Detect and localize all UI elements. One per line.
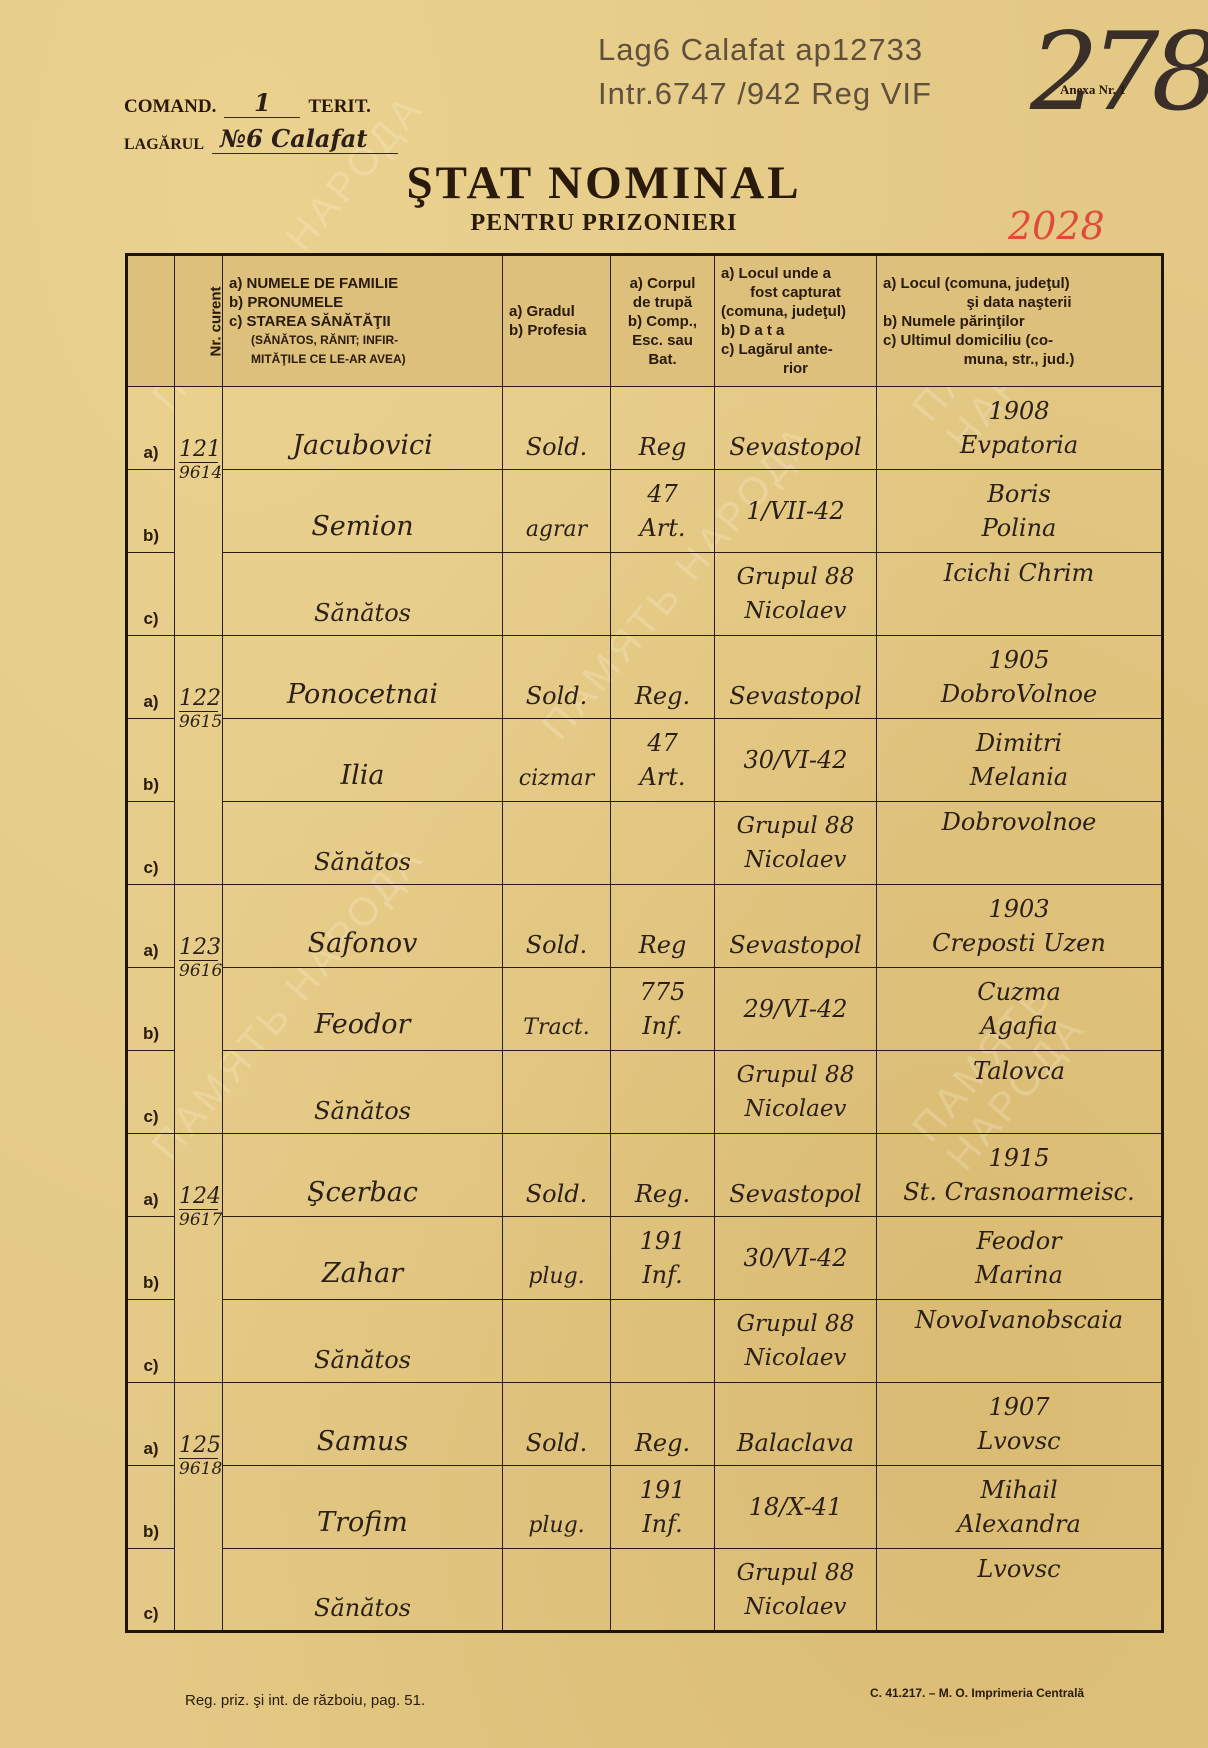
health-status: Sănătos [223, 1051, 503, 1134]
birth-year-place: 1908Evpatoria [877, 387, 1163, 470]
folio-number: 278 [1030, 10, 1208, 135]
unit-regiment: Reg [611, 387, 715, 470]
profession: Tract. [503, 968, 611, 1051]
anexa-label: Anexa Nr. 1 [1060, 82, 1126, 98]
header-capture: a) Locul unde afost capturat(comuna, jud… [715, 255, 877, 387]
unit-number: 47Art. [611, 470, 715, 553]
prisoner-register-table: Nr. curent a) NUMELE DE FAMILIEb) PRONUM… [125, 253, 1164, 1633]
empty-cell [503, 1549, 611, 1632]
previous-camp: Grupul 88Nicolaev [715, 1300, 877, 1383]
table-row: a)1219614JacuboviciSold.RegSevastopol190… [127, 387, 1163, 470]
surname: Ponocetnai [223, 636, 503, 719]
capture-date: 29/VI-42 [715, 968, 877, 1051]
row-label: a) [127, 1383, 175, 1466]
parents: CuzmaAgafia [877, 968, 1163, 1051]
parents: MihailAlexandra [877, 1466, 1163, 1549]
document-title: ŞTAT NOMINAL PENTRU PRIZONIERI [0, 156, 1208, 237]
row-label: b) [127, 1217, 175, 1300]
last-domicile: Talovca [877, 1051, 1163, 1134]
unit-number: 775Inf. [611, 968, 715, 1051]
header-name: a) NUMELE DE FAMILIEb) PRONUMELEc) STARE… [223, 255, 503, 387]
first-name: Zahar [223, 1217, 503, 1300]
lagarul-label: LAGĂRUL [124, 136, 204, 154]
entry-number: 1239616 [175, 885, 223, 1134]
parents: BorisPolina [877, 470, 1163, 553]
row-label: b) [127, 719, 175, 802]
empty-cell [611, 553, 715, 636]
entry-number: 1259618 [175, 1383, 223, 1632]
row-label: c) [127, 1300, 175, 1383]
last-domicile: Lvovsc [877, 1549, 1163, 1632]
unit-number: 47Art. [611, 719, 715, 802]
footer-reference: Reg. priz. şi int. de războiu, pag. 51. [185, 1692, 425, 1709]
unit-number: 191Inf. [611, 1466, 715, 1549]
surname: Jacubovici [223, 387, 503, 470]
previous-camp: Grupul 88Nicolaev [715, 1051, 877, 1134]
rank: Sold. [503, 1383, 611, 1466]
table-row: c)SănătosGrupul 88NicolaevIcichi Chrim [127, 553, 1163, 636]
capture-date: 30/VI-42 [715, 1217, 877, 1300]
capture-date: 30/VI-42 [715, 719, 877, 802]
first-name: Semion [223, 470, 503, 553]
table-row: a)1259618SamusSold.Reg.Balaclava1907Lvov… [127, 1383, 1163, 1466]
page-title: ŞTAT NOMINAL [0, 156, 1208, 210]
surname: Şcerbac [223, 1134, 503, 1217]
capture-date: 1/VII-42 [715, 470, 877, 553]
capture-place: Balaclava [715, 1383, 877, 1466]
page-subtitle: PENTRU PRIZONIERI [0, 210, 1208, 237]
health-status: Sănătos [223, 1300, 503, 1383]
table-row: b)Semionagrar47Art.1/VII-42BorisPolina [127, 470, 1163, 553]
health-status: Sănătos [223, 802, 503, 885]
empty-cell [611, 1549, 715, 1632]
previous-camp: Grupul 88Nicolaev [715, 1549, 877, 1632]
row-label: a) [127, 636, 175, 719]
empty-cell [611, 1300, 715, 1383]
table-row: c)SănătosGrupul 88NicolaevNovoIvanobscai… [127, 1300, 1163, 1383]
row-label: c) [127, 553, 175, 636]
table-row: b)Zaharplug.191Inf.30/VI-42FeodorMarina [127, 1217, 1163, 1300]
table-row: c)SănătosGrupul 88NicolaevLvovsc [127, 1549, 1163, 1632]
surname: Samus [223, 1383, 503, 1466]
header-rank: a) Gradulb) Profesia [503, 255, 611, 387]
stamp-line-1: Lag6 Calafat ap12733 [598, 28, 932, 72]
health-status: Sănătos [223, 553, 503, 636]
comand-value: 1 [224, 88, 300, 118]
capture-place: Sevastopol [715, 1134, 877, 1217]
lagarul-value: №6 Calafat [212, 124, 398, 154]
row-label: b) [127, 1466, 175, 1549]
entry-number: 1229615 [175, 636, 223, 885]
rank: Sold. [503, 387, 611, 470]
header-birth: a) Locul (comuna, judeţul)şi data naşter… [877, 255, 1163, 387]
empty-cell [503, 802, 611, 885]
unit-regiment: Reg. [611, 1383, 715, 1466]
row-label: b) [127, 968, 175, 1051]
empty-cell [503, 553, 611, 636]
row-label: a) [127, 885, 175, 968]
previous-camp: Grupul 88Nicolaev [715, 553, 877, 636]
header-fields: COMAND. 1 TERIT. LAGĂRUL №6 Calafat [124, 82, 406, 154]
row-label: c) [127, 1549, 175, 1632]
table-row: b)Trofimplug.191Inf.18/X-41MihailAlexand… [127, 1466, 1163, 1549]
first-name: Trofim [223, 1466, 503, 1549]
birth-year-place: 1915St. Crasnoarmeisc. [877, 1134, 1163, 1217]
row-label: c) [127, 802, 175, 885]
header-label-col [127, 255, 175, 387]
row-label: a) [127, 387, 175, 470]
capture-date: 18/X-41 [715, 1466, 877, 1549]
first-name: Feodor [223, 968, 503, 1051]
capture-place: Sevastopol [715, 885, 877, 968]
registration-stamp: Lag6 Calafat ap12733 Intr.6747 /942 Reg … [598, 28, 932, 116]
table-row: a)1229615PonocetnaiSold.Reg.Sevastopol19… [127, 636, 1163, 719]
header-unit: a) Corpulde trupăb) Comp.,Esc. sauBat. [611, 255, 715, 387]
empty-cell [611, 802, 715, 885]
parents: DimitriMelania [877, 719, 1163, 802]
profession: plug. [503, 1217, 611, 1300]
first-name: Ilia [223, 719, 503, 802]
footer-printer: C. 41.217. – M. O. Imprimeria Centrală [870, 1686, 1084, 1700]
row-label: c) [127, 1051, 175, 1134]
entry-number: 1219614 [175, 387, 223, 636]
row-label: b) [127, 470, 175, 553]
birth-year-place: 1903Creposti Uzen [877, 885, 1163, 968]
rank: Sold. [503, 1134, 611, 1217]
profession: cizmar [503, 719, 611, 802]
birth-year-place: 1907Lvovsc [877, 1383, 1163, 1466]
empty-cell [503, 1300, 611, 1383]
table-row: a)1239616SafonovSold.RegSevastopol1903Cr… [127, 885, 1163, 968]
table-row: b)FeodorTract.775Inf.29/VI-42CuzmaAgafia [127, 968, 1163, 1051]
table-row: c)SănătosGrupul 88NicolaevDobrovolnoe [127, 802, 1163, 885]
empty-cell [503, 1051, 611, 1134]
table-header-row: Nr. curent a) NUMELE DE FAMILIEb) PRONUM… [127, 255, 1163, 387]
last-domicile: NovoIvanobscaia [877, 1300, 1163, 1383]
birth-year-place: 1905DobroVolnoe [877, 636, 1163, 719]
entry-number: 1249617 [175, 1134, 223, 1383]
last-domicile: Dobrovolnoe [877, 802, 1163, 885]
rank: Sold. [503, 885, 611, 968]
header-nr: Nr. curent [175, 255, 223, 387]
capture-place: Sevastopol [715, 636, 877, 719]
capture-place: Sevastopol [715, 387, 877, 470]
unit-regiment: Reg [611, 885, 715, 968]
table-row: c)SănătosGrupul 88NicolaevTalovca [127, 1051, 1163, 1134]
table-row: b)Iliacizmar47Art.30/VI-42DimitriMelania [127, 719, 1163, 802]
health-status: Sănătos [223, 1549, 503, 1632]
profession: plug. [503, 1466, 611, 1549]
rank: Sold. [503, 636, 611, 719]
unit-regiment: Reg. [611, 1134, 715, 1217]
previous-camp: Grupul 88Nicolaev [715, 802, 877, 885]
stamp-line-2: Intr.6747 /942 Reg VIF [598, 72, 932, 116]
unit-number: 191Inf. [611, 1217, 715, 1300]
comand-label: COMAND. [124, 96, 216, 118]
last-domicile: Icichi Chrim [877, 553, 1163, 636]
row-label: a) [127, 1134, 175, 1217]
terit-label: TERIT. [308, 96, 370, 118]
surname: Safonov [223, 885, 503, 968]
unit-regiment: Reg. [611, 636, 715, 719]
empty-cell [611, 1051, 715, 1134]
table-row: a)1249617ŞcerbacSold.Reg.Sevastopol1915S… [127, 1134, 1163, 1217]
parents: FeodorMarina [877, 1217, 1163, 1300]
profession: agrar [503, 470, 611, 553]
